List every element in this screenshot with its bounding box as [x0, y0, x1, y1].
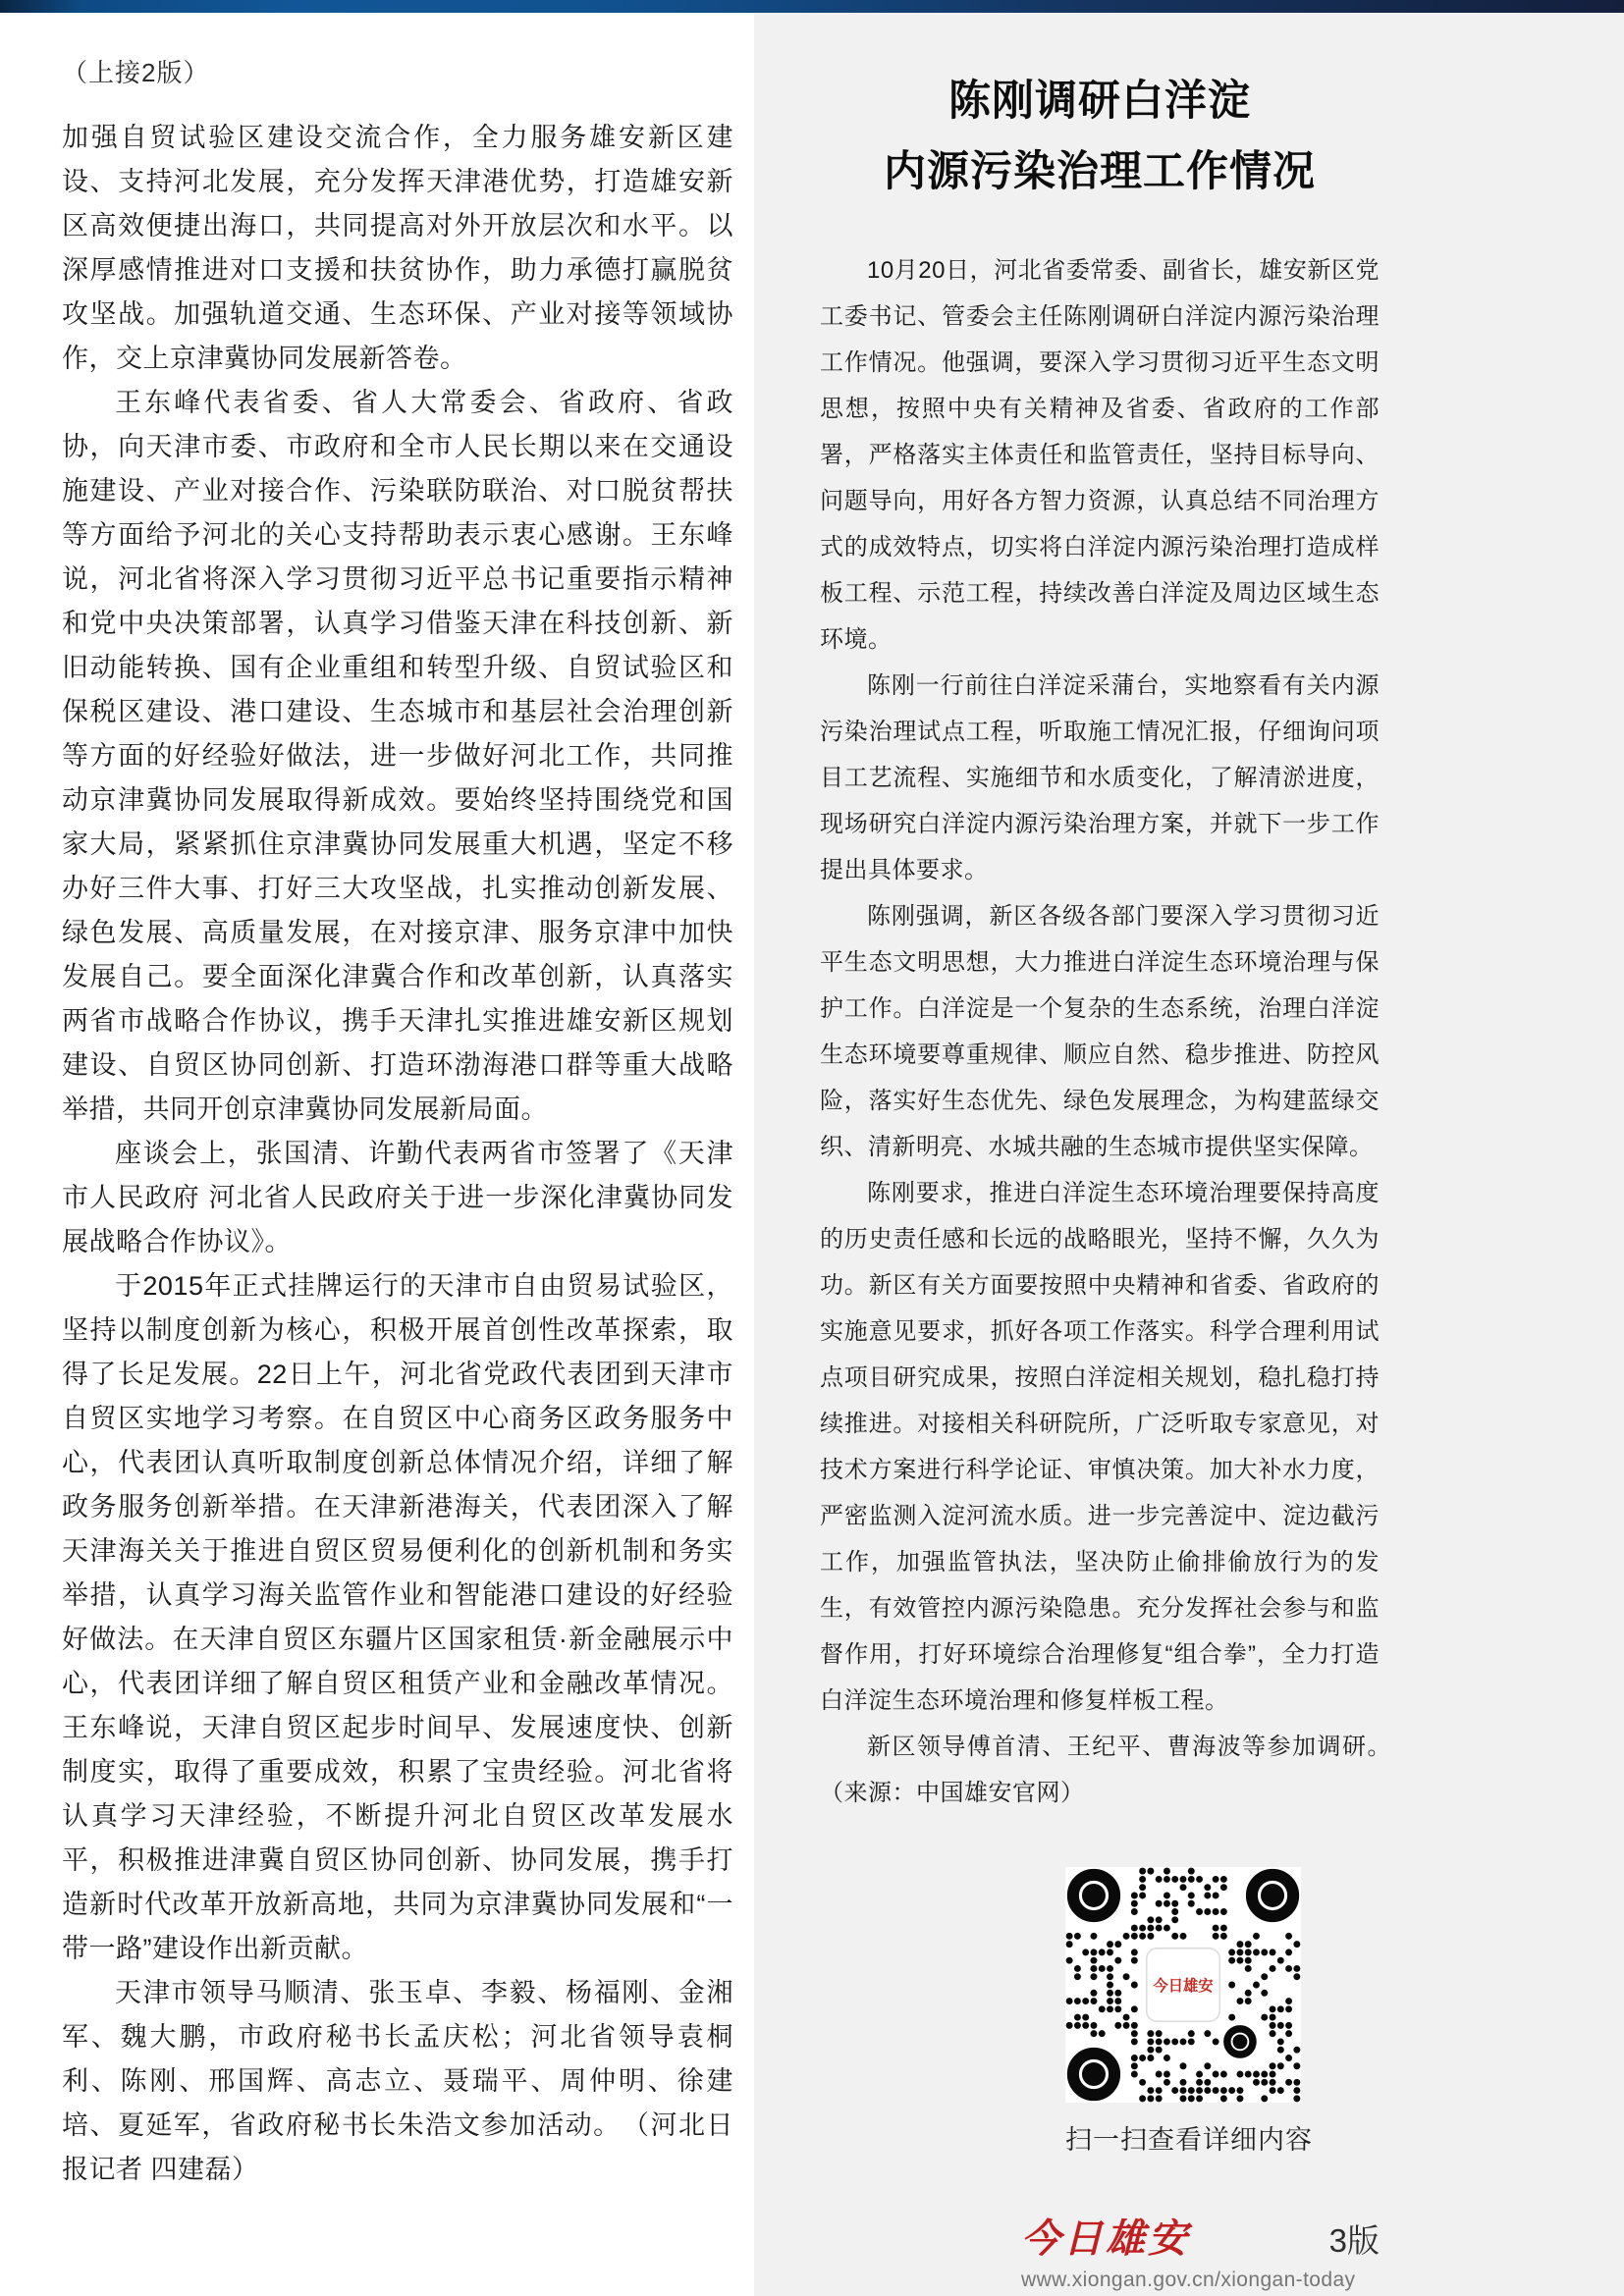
left-article: （上接2版） 加强自贸试验区建设交流合作，全力服务雄安新区建设、支持河北发展，充… — [62, 51, 733, 2192]
continued-from-note: （上接2版） — [62, 51, 733, 94]
right-article-body: 10月20日，河北省委常委、副省长，雄安新区党工委书记、管委会主任陈刚调研白洋淀… — [820, 247, 1380, 1816]
headline-line-1: 陈刚调研白洋淀 — [820, 67, 1380, 137]
qr-caption: 扫一扫查看详细内容 — [1065, 2118, 1301, 2157]
article-headline: 陈刚调研白洋淀 内源污染治理工作情况 — [820, 67, 1380, 208]
article-paragraph: 加强自贸试验区建设交流合作，全力服务雄安新区建设、支持河北发展，充分发挥天津港优… — [62, 116, 733, 381]
page-number: 3版 — [1329, 2221, 1380, 2261]
website-url: www.xiongan.gov.cn/xiongan-today — [1021, 2269, 1380, 2292]
qr-code: 今日雄安 — [1065, 1867, 1301, 2103]
right-article-panel: 陈刚调研白洋淀 内源污染治理工作情况 10月20日，河北省委常委、副省长，雄安新… — [754, 13, 1624, 2296]
article-paragraph: 10月20日，河北省委常委、副省长，雄安新区党工委书记、管委会主任陈刚调研白洋淀… — [820, 247, 1380, 663]
headline-line-2: 内源污染治理工作情况 — [820, 137, 1380, 208]
brand-logo: 今日雄安 — [1021, 2217, 1190, 2261]
qr-code-graphic: 今日雄安 — [1065, 1867, 1301, 2103]
page-footer: 今日雄安 3版 www.xiongan.gov.cn/xiongan-today — [1021, 2217, 1380, 2292]
right-article: 陈刚调研白洋淀 内源污染治理工作情况 10月20日，河北省委常委、副省长，雄安新… — [820, 13, 1380, 2292]
article-paragraph: 陈刚强调，新区各级各部门要深入学习贯彻习近平生态文明思想，大力推进白洋淀生态环境… — [820, 893, 1380, 1170]
article-paragraph: 王东峰代表省委、省人大常委会、省政府、省政协，向天津市委、市政府和全市人民长期以… — [62, 381, 733, 1132]
newspaper-page: { "left_article": { "continued_note": "（… — [0, 0, 1624, 2296]
top-banner-bar — [0, 0, 1624, 13]
qr-block: 今日雄安 扫一扫查看详细内容 — [1065, 1867, 1301, 2157]
article-paragraph: 新区领导傅首清、王纪平、曹海波等参加调研。 （来源：中国雄安官网） — [820, 1724, 1380, 1816]
footer-masthead-row: 今日雄安 3版 — [1021, 2217, 1380, 2261]
article-paragraph: 陈刚一行前往白洋淀采蒲台，实地察看有关内源污染治理试点工程，听取施工情况汇报，仔… — [820, 663, 1380, 893]
qr-center-logo-text: 今日雄安 — [1152, 1977, 1214, 1995]
article-paragraph: 陈刚要求，推进白洋淀生态环境治理要保持高度的历史责任感和长远的战略眼光，坚持不懈… — [820, 1170, 1380, 1724]
article-paragraph: 于2015年正式挂牌运行的天津市自由贸易试验区，坚持以制度创新为核心，积极开展首… — [62, 1264, 733, 1971]
article-paragraph: 座谈会上，张国清、许勤代表两省市签署了《天津市人民政府 河北省人民政府关于进一步… — [62, 1132, 733, 1264]
article-paragraph: 天津市领导马顺清、张玉卓、李毅、杨福刚、金湘军、魏大鹏，市政府秘书长孟庆松；河北… — [62, 1971, 733, 2192]
